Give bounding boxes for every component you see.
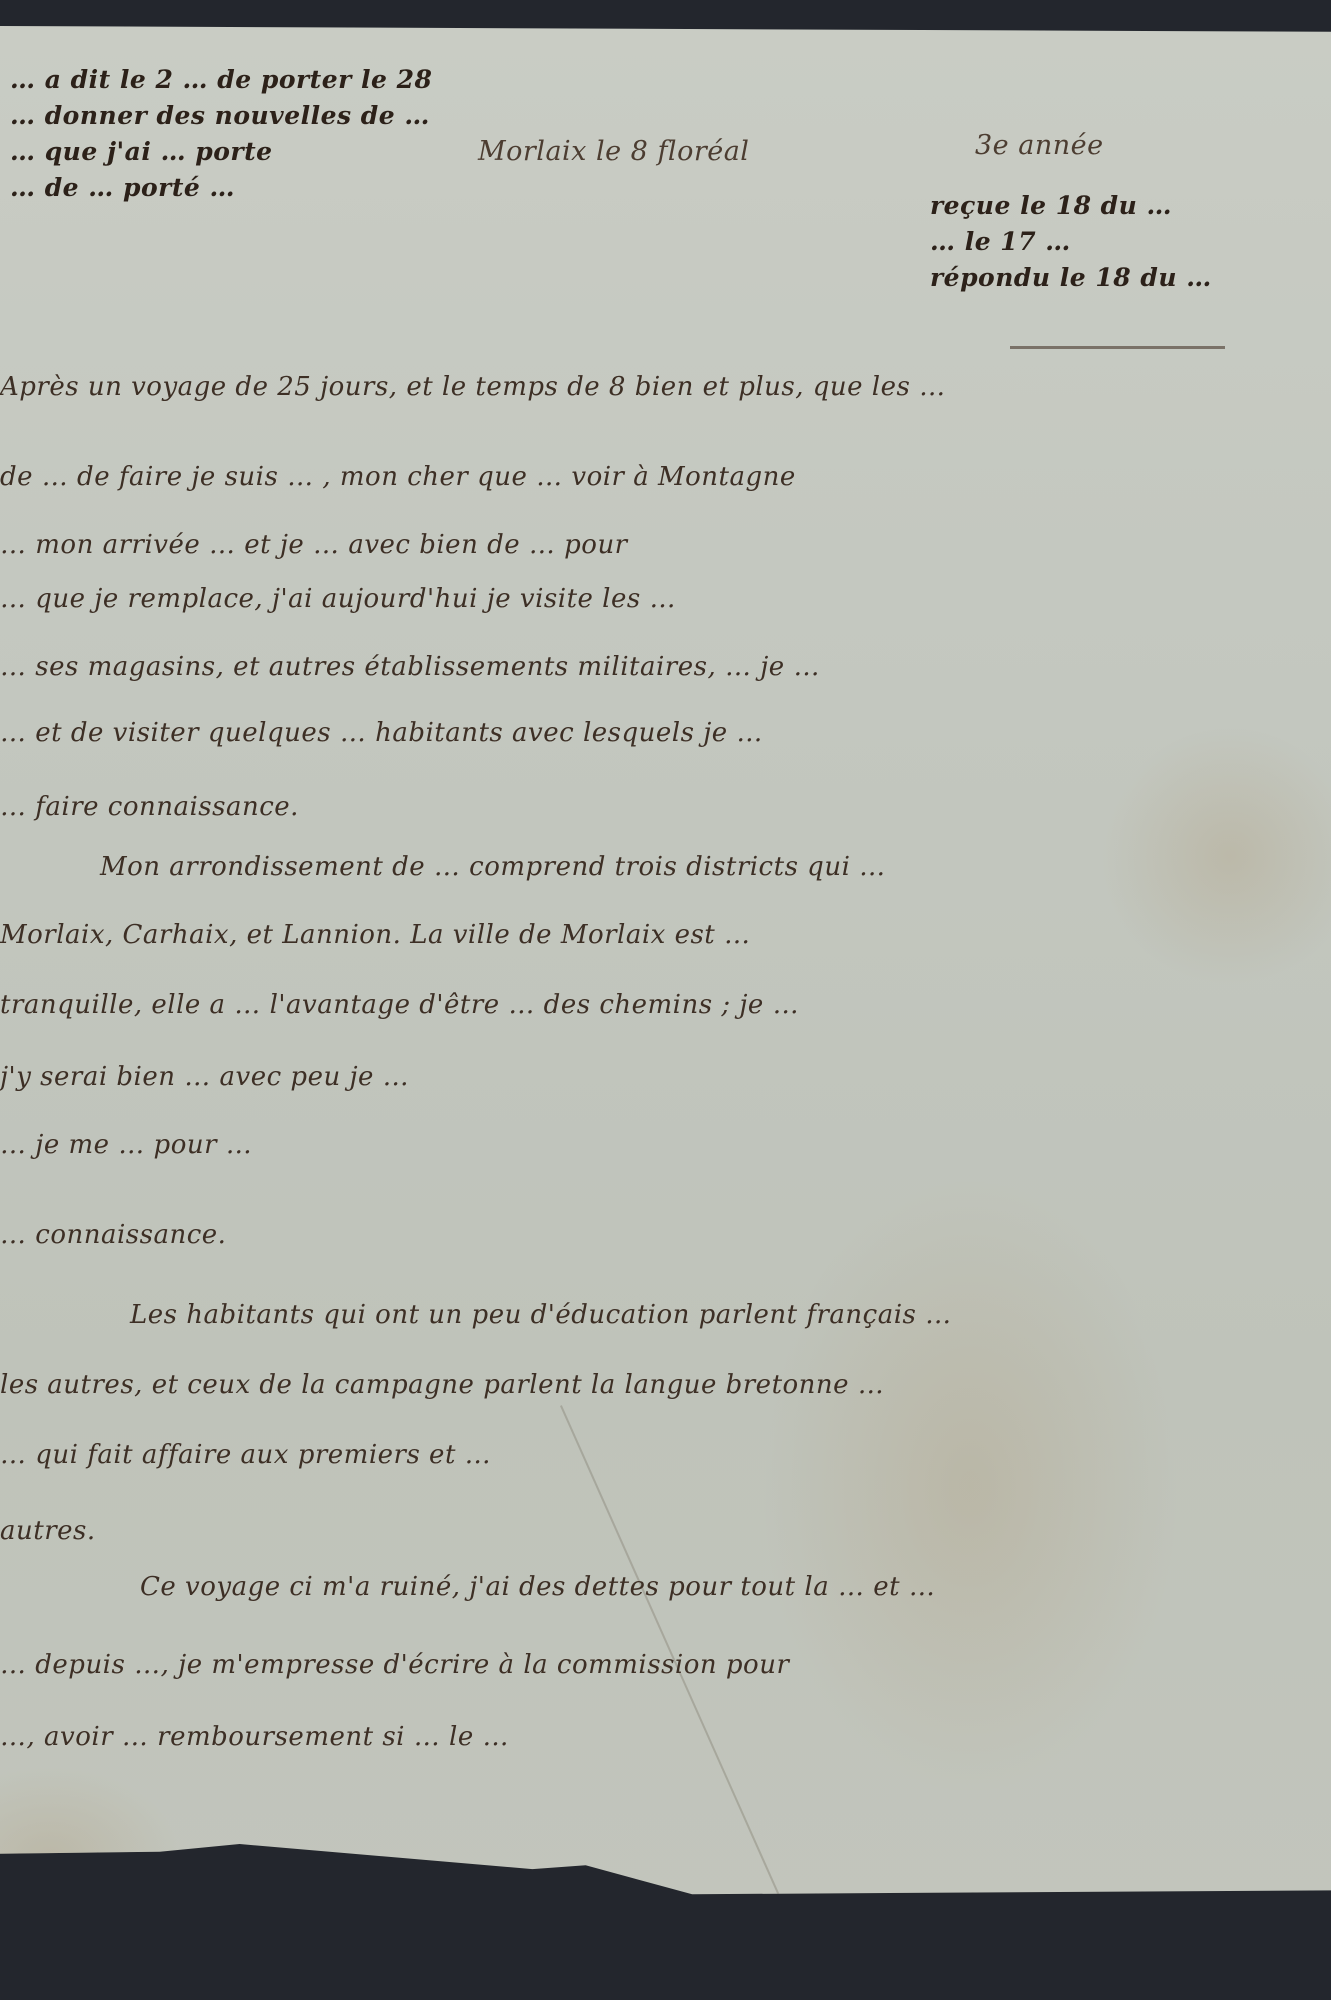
margin-note-line: … que j'ai … porte <box>10 134 432 170</box>
letter-year: 3e année <box>975 130 1104 161</box>
body-line: les autres, et ceux de la campagne parle… <box>0 1370 884 1400</box>
body-line: Mon arrondissement de … comprend trois d… <box>100 852 886 882</box>
body-line: … je me … pour … <box>0 1130 252 1160</box>
water-stain <box>0 1766 180 1946</box>
body-line: de … de faire je suis … , mon cher que …… <box>0 462 796 492</box>
body-line: … et de visiter quelques … habitants ave… <box>0 718 763 748</box>
margin-note-line: … donner des nouvelles de … <box>10 98 432 134</box>
body-line: …, avoir … remboursement si … le … <box>0 1722 509 1752</box>
body-line: autres. <box>0 1516 96 1546</box>
body-line: … qui fait affaire aux premiers et … <box>0 1440 491 1470</box>
water-stain <box>1100 726 1331 986</box>
body-line: … mon arrivée … et je … avec bien de … p… <box>0 530 628 560</box>
received-note-line: … le 17 … <box>930 224 1212 260</box>
body-line: … depuis …, je m'empresse d'écrire à la … <box>0 1650 789 1680</box>
received-note: reçue le 18 du … … le 17 … répondu le 18… <box>930 188 1212 296</box>
margin-note: … a dit le 2 … de porter le 28 … donner … <box>10 62 432 206</box>
body-line: … faire connaissance. <box>0 792 299 822</box>
letter-place-date: Morlaix le 8 floréal <box>478 136 749 167</box>
margin-note-line: … a dit le 2 … de porter le 28 <box>10 62 432 98</box>
received-note-line: reçue le 18 du … <box>930 188 1212 224</box>
body-line: tranquille, elle a … l'avantage d'être …… <box>0 990 799 1020</box>
body-line: Ce voyage ci m'a ruiné, j'ai des dettes … <box>140 1572 935 1602</box>
body-line: Les habitants qui ont un peu d'éducation… <box>130 1300 952 1330</box>
body-line: … ses magasins, et autres établissements… <box>0 652 820 682</box>
body-line: … que je remplace, j'ai aujourd'hui je v… <box>0 584 676 614</box>
body-line: Morlaix, Carhaix, et Lannion. La ville d… <box>0 920 751 950</box>
body-line: Après un voyage de 25 jours, et le temps… <box>0 372 946 402</box>
body-line: j'y serai bien … avec peu je … <box>0 1062 409 1092</box>
underline-rule <box>1010 346 1225 349</box>
water-stain <box>760 1176 1180 1796</box>
body-line: … connaissance. <box>0 1220 226 1250</box>
margin-note-line: … de … porté … <box>10 170 432 206</box>
received-note-line: répondu le 18 du … <box>930 260 1212 296</box>
